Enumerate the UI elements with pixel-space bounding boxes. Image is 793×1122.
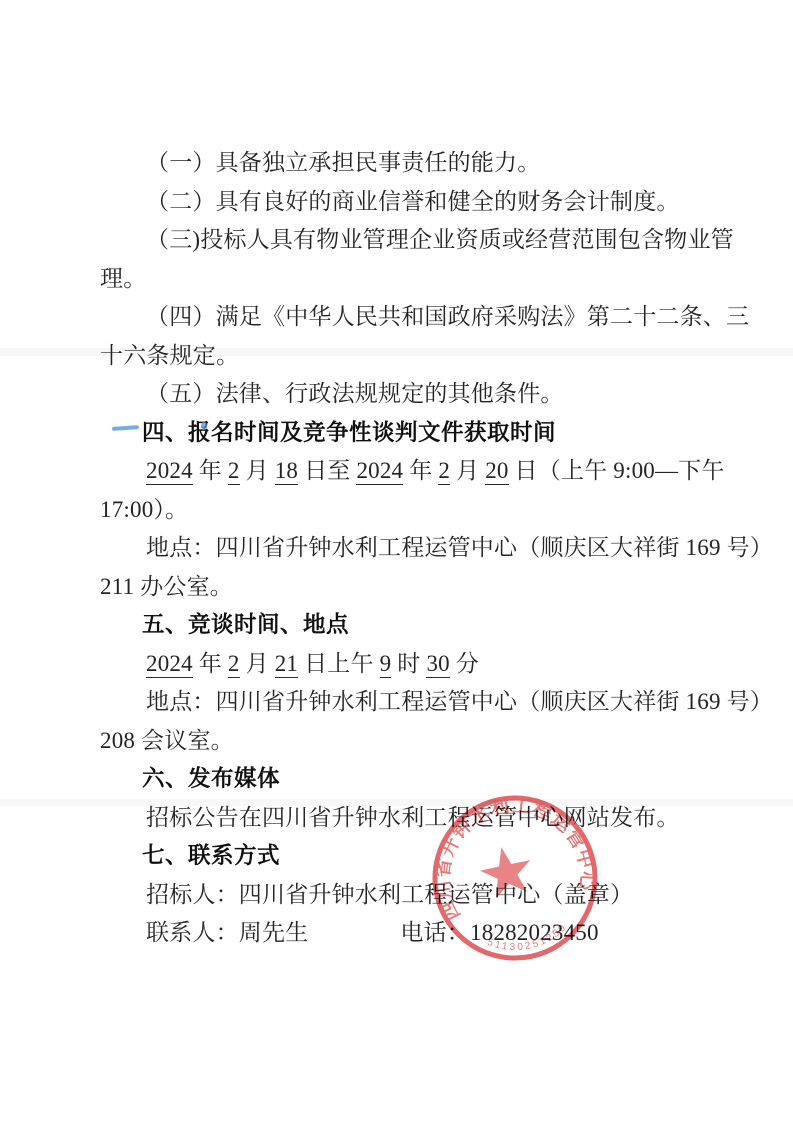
underlined-value: 2024 (356, 458, 403, 485)
text-segment: （一）具备独立承担民事责任的能力。 (146, 150, 540, 175)
text-segment: 年 (193, 458, 228, 483)
text-line: 联系人：周先生电话：18282023450 (100, 914, 718, 953)
text-segment: 理。 (100, 266, 146, 291)
text-line: （五）法律、行政法规规定的其他条件。 (100, 375, 718, 414)
underlined-value: 21 (275, 651, 298, 678)
underlined-value: 9 (380, 651, 392, 678)
text-segment: 月 (450, 458, 485, 483)
underlined-value: 20 (485, 458, 508, 485)
text-segment: 分 (450, 651, 479, 676)
section-heading: 四、报名时间及竞争性谈判文件获取时间 (100, 414, 718, 453)
text-line: 招标人：四川省升钟水利工程运管中心（盖章） (100, 876, 718, 915)
text-segment: 日（上午 9:00—下午 (509, 458, 725, 483)
text-line: 招标公告在四川省升钟水利工程运管中心网站发布。 (100, 799, 718, 838)
blue-dot-mark (201, 422, 207, 429)
text-segment: 日至 (298, 458, 356, 483)
text-segment: 208 会议室。 (100, 728, 234, 753)
text-segment: 招标人：四川省升钟水利工程运管中心（盖章） (146, 882, 633, 907)
text-segment: 联系人：周先生 (146, 920, 308, 945)
text-line: 十六条规定。 (100, 337, 718, 376)
text-line: （四）满足《中华人民共和国政府采购法》第二十二条、三 (100, 298, 718, 337)
text-segment: 六、发布媒体 (142, 766, 280, 791)
text-line: 地点：四川省升钟水利工程运管中心（顺庆区大祥街 169 号） (100, 683, 718, 722)
underlined-value: 18 (275, 458, 298, 485)
text-segment: 地点：四川省升钟水利工程运管中心（顺庆区大祥街 169 号） (146, 535, 773, 560)
text-line: 地点：四川省升钟水利工程运管中心（顺庆区大祥街 169 号） (100, 529, 718, 568)
text-line: 17:00）。 (100, 491, 718, 530)
text-line: 理。 (100, 260, 718, 299)
text-segment: 电话：18282023450 (400, 920, 598, 945)
underlined-value: 30 (426, 651, 449, 678)
text-line: 2024 年 2 月 21 日上午 9 时 30 分 (100, 645, 718, 684)
section-heading: 七、联系方式 (100, 837, 718, 876)
section-heading: 六、发布媒体 (100, 760, 718, 799)
document-lines: （一）具备独立承担民事责任的能力。（二）具有良好的商业信誉和健全的财务会计制度。… (100, 144, 718, 953)
underlined-value: 2 (438, 458, 450, 485)
text-line: （二）具有良好的商业信誉和健全的财务会计制度。 (100, 183, 718, 222)
document-page: （一）具备独立承担民事责任的能力。（二）具有良好的商业信誉和健全的财务会计制度。… (0, 0, 793, 1122)
text-segment: 招标公告在四川省升钟水利工程运管中心网站发布。 (146, 805, 680, 830)
underlined-value: 2024 (146, 651, 193, 678)
section-heading: 五、竞谈时间、地点 (100, 606, 718, 645)
underlined-value: 2024 (146, 458, 193, 485)
text-segment: （二）具有良好的商业信誉和健全的财务会计制度。 (146, 189, 680, 214)
text-segment: 日上午 (298, 651, 380, 676)
text-segment: 十六条规定。 (100, 343, 239, 368)
underlined-value: 2 (228, 651, 240, 678)
underlined-value: 2 (228, 458, 240, 485)
text-segment: 地点：四川省升钟水利工程运管中心（顺庆区大祥街 169 号） (146, 689, 773, 714)
text-segment: 五、竞谈时间、地点 (142, 612, 349, 637)
text-segment: 211 办公室。 (100, 574, 233, 599)
text-segment: 七、联系方式 (142, 843, 280, 868)
text-segment: （五）法律、行政法规规定的其他条件。 (146, 381, 564, 406)
text-line: 208 会议室。 (100, 722, 718, 761)
text-segment: 年 (403, 458, 438, 483)
text-segment: 年 (193, 651, 228, 676)
text-segment: 时 (391, 651, 426, 676)
text-segment: 月 (240, 651, 275, 676)
text-segment: 17:00）。 (100, 497, 188, 522)
text-line: （一）具备独立承担民事责任的能力。 (100, 144, 718, 183)
text-segment: 月 (240, 458, 275, 483)
text-line: 2024 年 2 月 18 日至 2024 年 2 月 20 日（上午 9:00… (100, 452, 718, 491)
text-line: 211 办公室。 (100, 568, 718, 607)
text-segment: （三)投标人具有物业管理企业资质或经营范围包含物业管 (146, 227, 734, 252)
text-segment: （四）满足《中华人民共和国政府采购法》第二十二条、三 (146, 304, 749, 329)
text-line: （三)投标人具有物业管理企业资质或经营范围包含物业管 (100, 221, 718, 260)
